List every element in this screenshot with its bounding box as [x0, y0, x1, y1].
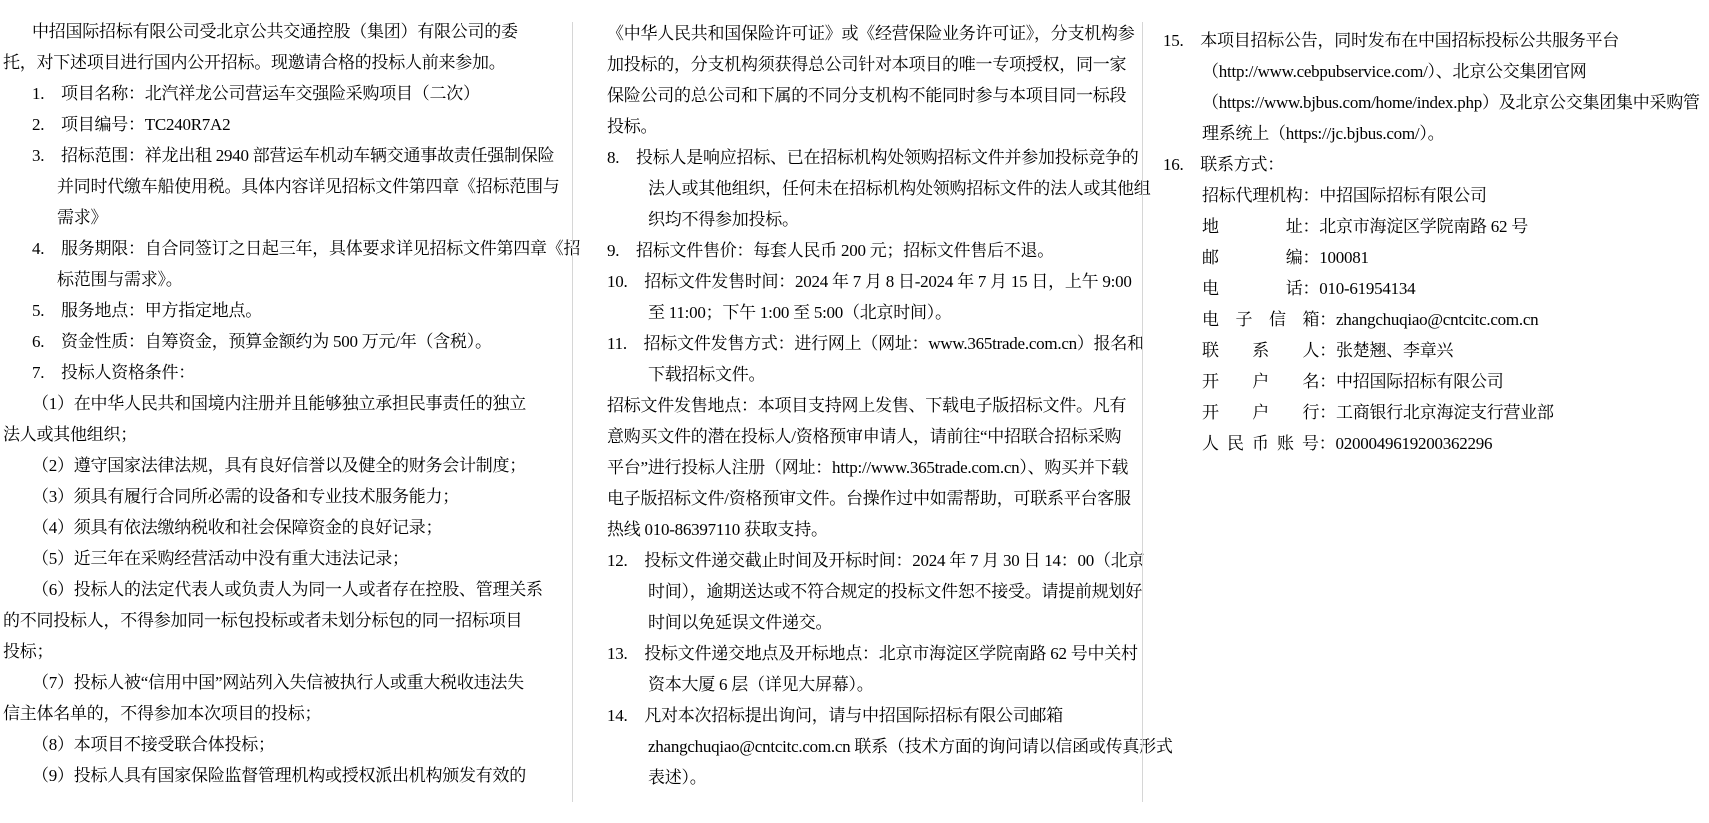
text-line: 16. 联系方式： [1163, 149, 1709, 180]
text-line: 2. 项目编号：TC240R7A2 [32, 109, 563, 140]
text-line: 邮 编：100081 [1202, 242, 1709, 273]
text-line: 11. 招标文件发售方式：进行网上（网址：www.365trade.com.cn… [607, 328, 1167, 359]
text-line: 托，对下述项目进行国内公开招标。现邀请合格的投标人前来参加。 [3, 47, 563, 78]
text-line: 6. 资金性质：自筹资金，预算金额约为 500 万元/年（含税）。 [32, 326, 563, 357]
text-line: 3. 招标范围：祥龙出租 2940 部营运车机动车辆交通事故责任强制保险 [32, 140, 563, 171]
text-line: 12. 投标文件递交截止时间及开标时间：2024 年 7 月 30 日 14：0… [607, 545, 1167, 576]
text-line: 加投标的，分支机构须获得总公司针对本项目的唯一专项授权，同一家 [607, 49, 1167, 80]
text-line: 1. 项目名称：北汽祥龙公司营运车交强险采购项目（二次） [32, 78, 563, 109]
text-line: 织均不得参加投标。 [648, 204, 1167, 235]
document-page: 中招国际招标有限公司受北京公共交通控股（集团）有限公司的委托，对下述项目进行国内… [0, 0, 1709, 823]
text-line: （6）投标人的法定代表人或负责人为同一人或者存在控股、管理关系 [32, 574, 563, 605]
text-line: 5. 服务地点：甲方指定地点。 [32, 295, 563, 326]
text-line: 9. 招标文件售价：每套人民币 200 元；招标文件售后不退。 [607, 235, 1167, 266]
text-line: （https://www.bjbus.com/home/index.php）及北… [1202, 87, 1709, 118]
text-line: 时间），逾期送达或不符合规定的投标文件恕不接受。请提前规划好 [648, 576, 1167, 607]
text-line: 10. 招标文件发售时间：2024 年 7 月 8 日-2024 年 7 月 1… [607, 266, 1167, 297]
text-line: 时间以免延误文件递交。 [648, 607, 1167, 638]
text-line: 中招国际招标有限公司受北京公共交通控股（集团）有限公司的委 [32, 16, 563, 47]
text-line: （5）近三年在采购经营活动中没有重大违法记录； [32, 543, 563, 574]
text-line: 下载招标文件。 [648, 359, 1167, 390]
text-line: 《中华人民共和国保险许可证》或《经营保险业务许可证》，分支机构参 [607, 18, 1167, 49]
text-line: 法人或其他组织； [3, 419, 563, 450]
text-line: 8. 投标人是响应招标、已在招标机构处领购招标文件并参加投标竞争的 [607, 142, 1167, 173]
text-line: 资本大厦 6 层（详见大屏幕）。 [648, 669, 1167, 700]
text-line: 投标。 [607, 111, 1167, 142]
text-line: （1）在中华人民共和国境内注册并且能够独立承担民事责任的独立 [32, 388, 563, 419]
text-line: （7）投标人被“信用中国”网站列入失信被执行人或重大税收违法失 [32, 667, 563, 698]
text-line: 的不同投标人，不得参加同一标包投标或者未划分标包的同一招标项目 [3, 605, 563, 636]
text-line: 人 民 币 账 号：0200049619200362296 [1202, 428, 1709, 459]
text-line: （8）本项目不接受联合体投标； [32, 729, 563, 760]
column-2: 《中华人民共和国保险许可证》或《经营保险业务许可证》，分支机构参加投标的，分支机… [607, 0, 1167, 793]
text-line: 招标代理机构：中招国际招标有限公司 [1202, 180, 1709, 211]
column-3: 15. 本项目招标公告，同时发布在中国招标投标公共服务平台（http://www… [1163, 0, 1709, 459]
column-divider-1 [572, 22, 573, 802]
text-line: 投标； [3, 636, 563, 667]
text-line: 14. 凡对本次招标提出询问，请与中招国际招标有限公司邮箱 [607, 700, 1167, 731]
text-line: 开 户 行：工商银行北京海淀支行营业部 [1202, 397, 1709, 428]
text-line: （2）遵守国家法律法规，具有良好信誉以及健全的财务会计制度； [32, 450, 563, 481]
column-divider-2 [1142, 22, 1143, 802]
text-line: 需求》 [57, 202, 563, 233]
column-1: 中招国际招标有限公司受北京公共交通控股（集团）有限公司的委托，对下述项目进行国内… [3, 0, 563, 791]
text-line: （http://www.cebpubservice.com/）、北京公交集团官网 [1202, 56, 1709, 87]
text-line: 地 址：北京市海淀区学院南路 62 号 [1202, 211, 1709, 242]
text-line: 电 话：010-61954134 [1202, 273, 1709, 304]
text-line: 平台”进行投标人注册（网址：http://www.365trade.com.cn… [607, 452, 1167, 483]
text-line: 电子版招标文件/资格预审文件。台操作过中如需帮助，可联系平台客服 [607, 483, 1167, 514]
text-line: zhangchuqiao@cntcitc.com.cn 联系（技术方面的询问请以… [648, 731, 1167, 762]
text-line: 保险公司的总公司和下属的不同分支机构不能同时参与本项目同一标段 [607, 80, 1167, 111]
text-line: （4）须具有依法缴纳税收和社会保障资金的良好记录； [32, 512, 563, 543]
text-line: 并同时代缴车船使用税。具体内容详见招标文件第四章《招标范围与 [57, 171, 563, 202]
text-line: 信主体名单的，不得参加本次项目的投标； [3, 698, 563, 729]
text-line: 理系统上（https://jc.bjbus.com/）。 [1202, 118, 1709, 149]
text-line: 招标文件发售地点：本项目支持网上发售、下载电子版招标文件。凡有 [607, 390, 1167, 421]
text-line: 标范围与需求》。 [57, 264, 563, 295]
text-line: 表述）。 [648, 762, 1167, 793]
text-line: 开 户 名：中招国际招标有限公司 [1202, 366, 1709, 397]
text-line: （3）须具有履行合同所必需的设备和专业技术服务能力； [32, 481, 563, 512]
text-line: 意购买文件的潜在投标人/资格预审申请人，请前往“中招联合招标采购 [607, 421, 1167, 452]
text-line: 15. 本项目招标公告，同时发布在中国招标投标公共服务平台 [1163, 25, 1709, 56]
text-line: 13. 投标文件递交地点及开标地点：北京市海淀区学院南路 62 号中关村 [607, 638, 1167, 669]
text-line: 热线 010-86397110 获取支持。 [607, 514, 1167, 545]
text-line: 4. 服务期限：自合同签订之日起三年，具体要求详见招标文件第四章《招 [32, 233, 563, 264]
text-line: 法人或其他组织，任何未在招标机构处领购招标文件的法人或其他组 [648, 173, 1167, 204]
text-line: 至 11:00；下午 1:00 至 5:00（北京时间）。 [648, 297, 1167, 328]
text-line: （9）投标人具有国家保险监督管理机构或授权派出机构颁发有效的 [32, 760, 563, 791]
text-line: 联 系 人：张楚翘、李章兴 [1202, 335, 1709, 366]
text-line: 电 子 信 箱：zhangchuqiao@cntcitc.com.cn [1202, 304, 1709, 335]
text-line: 7. 投标人资格条件： [32, 357, 563, 388]
